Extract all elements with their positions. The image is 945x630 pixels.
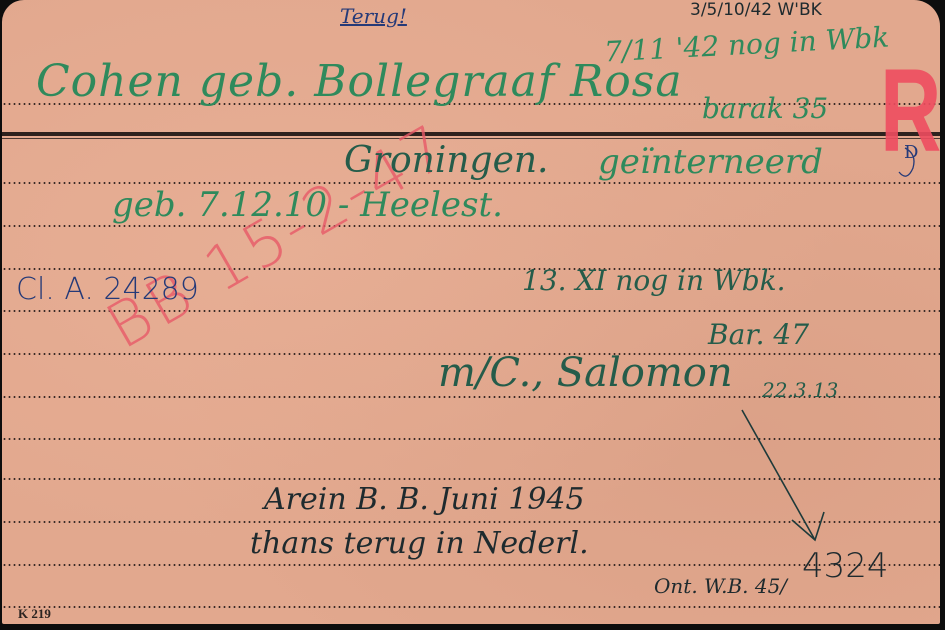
ruled-line (2, 478, 940, 480)
ruled-line (2, 182, 940, 184)
ruled-line (2, 268, 940, 270)
reference-label: Ont. W.B. 45/ (654, 574, 787, 598)
return-note-line1: Arein B. B. Juni 1945 (264, 482, 585, 517)
header-divider-line (2, 132, 940, 136)
reference-number: 4324 (802, 546, 889, 586)
name-entry: Cohen geb. Bollegraaf Rosa (36, 56, 683, 107)
ruled-line (2, 438, 940, 440)
update-note-line1: 13. XI nog in Wbk. (522, 264, 786, 297)
circled-mark: D (904, 142, 918, 163)
ruled-line (2, 564, 940, 566)
return-note-line2: thans terug in Nederl. (250, 526, 589, 561)
registration-number: Cl. A. 24289 (16, 272, 199, 307)
spouse-entry: m/C., Salomon (438, 350, 733, 396)
interned-note: geïnterneerd (598, 142, 823, 182)
ruled-line (2, 606, 940, 608)
update-note-line2: Bar. 47 (708, 318, 809, 351)
status-note-line2: barak 35 (702, 92, 828, 125)
archive-index-card: R BB 15-2-47 Terug! 3/5/10/42 W'BK 7/11 … (2, 0, 940, 624)
city-entry: Groningen. (344, 140, 549, 181)
form-code: K 219 (18, 606, 51, 622)
header-divider-line-thin (2, 138, 940, 139)
terug-note: Terug! (340, 4, 407, 28)
ruled-line (2, 521, 940, 523)
spouse-birth-date: 22.3.13 (762, 378, 838, 402)
ruled-line (2, 225, 940, 227)
birth-entry: geb. 7.12.10 - Heelest. (112, 185, 503, 225)
date-note-top: 3/5/10/42 W'BK (690, 0, 822, 20)
